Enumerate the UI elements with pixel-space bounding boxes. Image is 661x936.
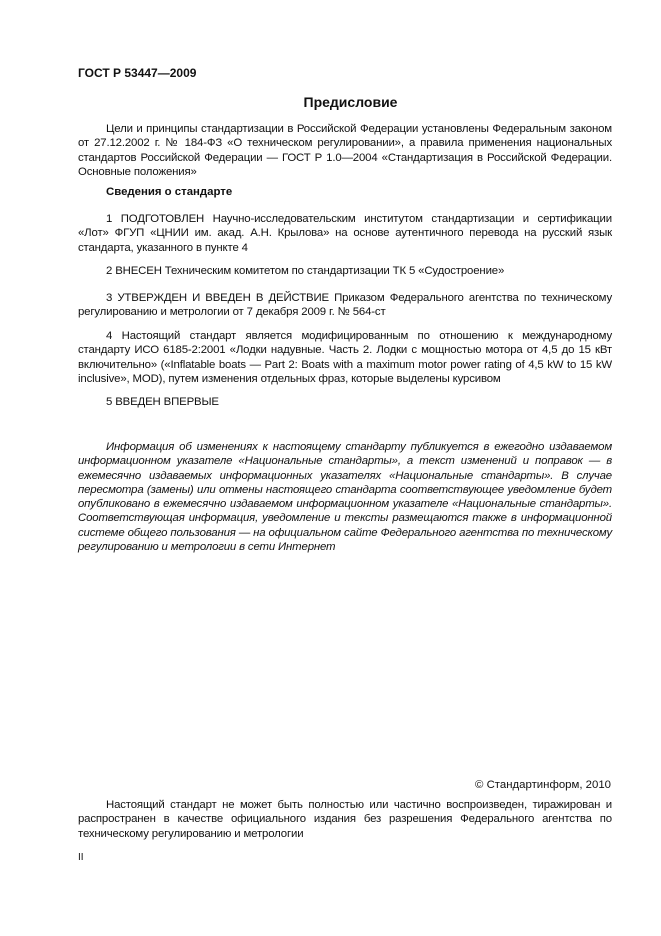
item-text: 3 УТВЕРЖДЕН И ВВЕДЕН В ДЕЙСТВИЕ Приказом… [78,292,612,318]
item-3: 3 УТВЕРЖДЕН И ВВЕДЕН В ДЕЙСТВИЕ Приказом… [78,291,612,320]
item-text: 4 Настоящий стандарт является модифициро… [78,330,612,385]
intro-text: Цели и принципы стандартизации в Российс… [78,123,612,178]
item-text: 1 ПОДГОТОВЛЕН Научно-исследовательским и… [78,213,612,254]
notice-paragraph: Информация об изменениях к настоящему ст… [78,440,612,554]
item-5: 5 ВВЕДЕН ВПЕРВЫЕ [78,395,612,409]
copyright: © Стандартинформ, 2010 [475,779,611,791]
notice-text: Информация об изменениях к настоящему ст… [78,441,612,553]
intro-paragraph: Цели и принципы стандартизации в Российс… [78,122,612,179]
reproduction-text: Настоящий стандарт не может быть полност… [78,799,612,840]
item-text: 5 ВВЕДЕН ВПЕРВЫЕ [106,396,219,408]
document-code: ГОСТ Р 53447—2009 [78,66,196,80]
info-heading: Сведения о стандарте [106,186,232,198]
item-2: 2 ВНЕСЕН Техническим комитетом по станда… [78,264,612,278]
item-1: 1 ПОДГОТОВЛЕН Научно-исследовательским и… [78,212,612,255]
item-text: 2 ВНЕСЕН Техническим комитетом по станда… [106,265,504,277]
item-4: 4 Настоящий стандарт является модифициро… [78,329,612,386]
page-number: II [78,852,84,863]
page-title: Предисловие [0,94,661,110]
reproduction-notice: Настоящий стандарт не может быть полност… [78,798,612,841]
